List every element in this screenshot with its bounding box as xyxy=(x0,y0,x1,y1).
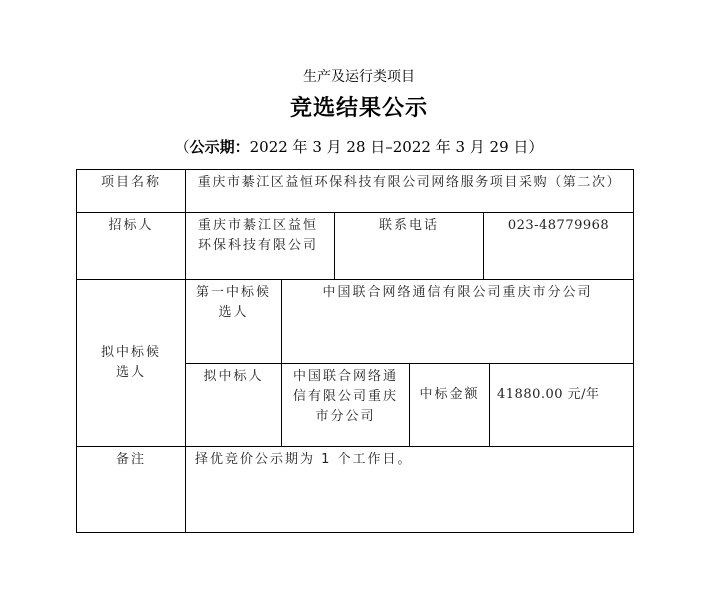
period-value: 2022 年 3 月 28 日–2022 年 3 月 29 日 xyxy=(250,138,529,156)
period-label: 公示期： xyxy=(190,138,250,156)
remarks-label: 备注 xyxy=(77,447,185,532)
candidate-group-label-text: 拟中标候选人 xyxy=(95,343,167,383)
bid-amount-label-text: 中标金额 xyxy=(419,385,479,405)
remarks-value: 择优竞价公示期为 1 个工作日。 xyxy=(186,447,633,532)
project-name-value: 重庆市綦江区益恒环保科技有限公司网络服务项目采购（第二次） xyxy=(186,170,633,212)
bid-amount-value: 41880.00 元/年 xyxy=(490,364,633,426)
first-candidate-value: 中国联合网络通信有限公司重庆市分公司 xyxy=(282,280,633,363)
period-open-paren: （ xyxy=(175,138,190,156)
document-subtitle: 生产及运行类项目 xyxy=(0,66,718,86)
first-candidate-label: 第一中标候选人 xyxy=(186,280,281,363)
phone-label: 联系电话 xyxy=(335,213,483,279)
phone-value: 023-48779968 xyxy=(484,213,633,279)
table-border-right xyxy=(633,169,634,533)
table-border-bottom xyxy=(76,532,634,533)
candidate-group-label: 拟中标候选人 xyxy=(77,280,185,446)
tenderer-label: 招标人 xyxy=(77,213,185,279)
period-close-paren: ） xyxy=(528,138,543,156)
project-name-label: 项目名称 xyxy=(77,170,185,212)
publicity-period: （公示期：2022 年 3 月 28 日–2022 年 3 月 29 日） xyxy=(0,136,718,157)
proposed-winner-label: 拟中标人 xyxy=(186,364,281,446)
proposed-winner-value: 中国联合网络通信有限公司重庆市分公司 xyxy=(282,364,409,446)
document-title: 竞选结果公示 xyxy=(0,91,718,122)
bid-amount-value-text: 41880.00 元/年 xyxy=(497,385,600,405)
bid-amount-label: 中标金额 xyxy=(410,364,489,426)
tenderer-value: 重庆市綦江区益恒环保科技有限公司 xyxy=(186,213,334,279)
